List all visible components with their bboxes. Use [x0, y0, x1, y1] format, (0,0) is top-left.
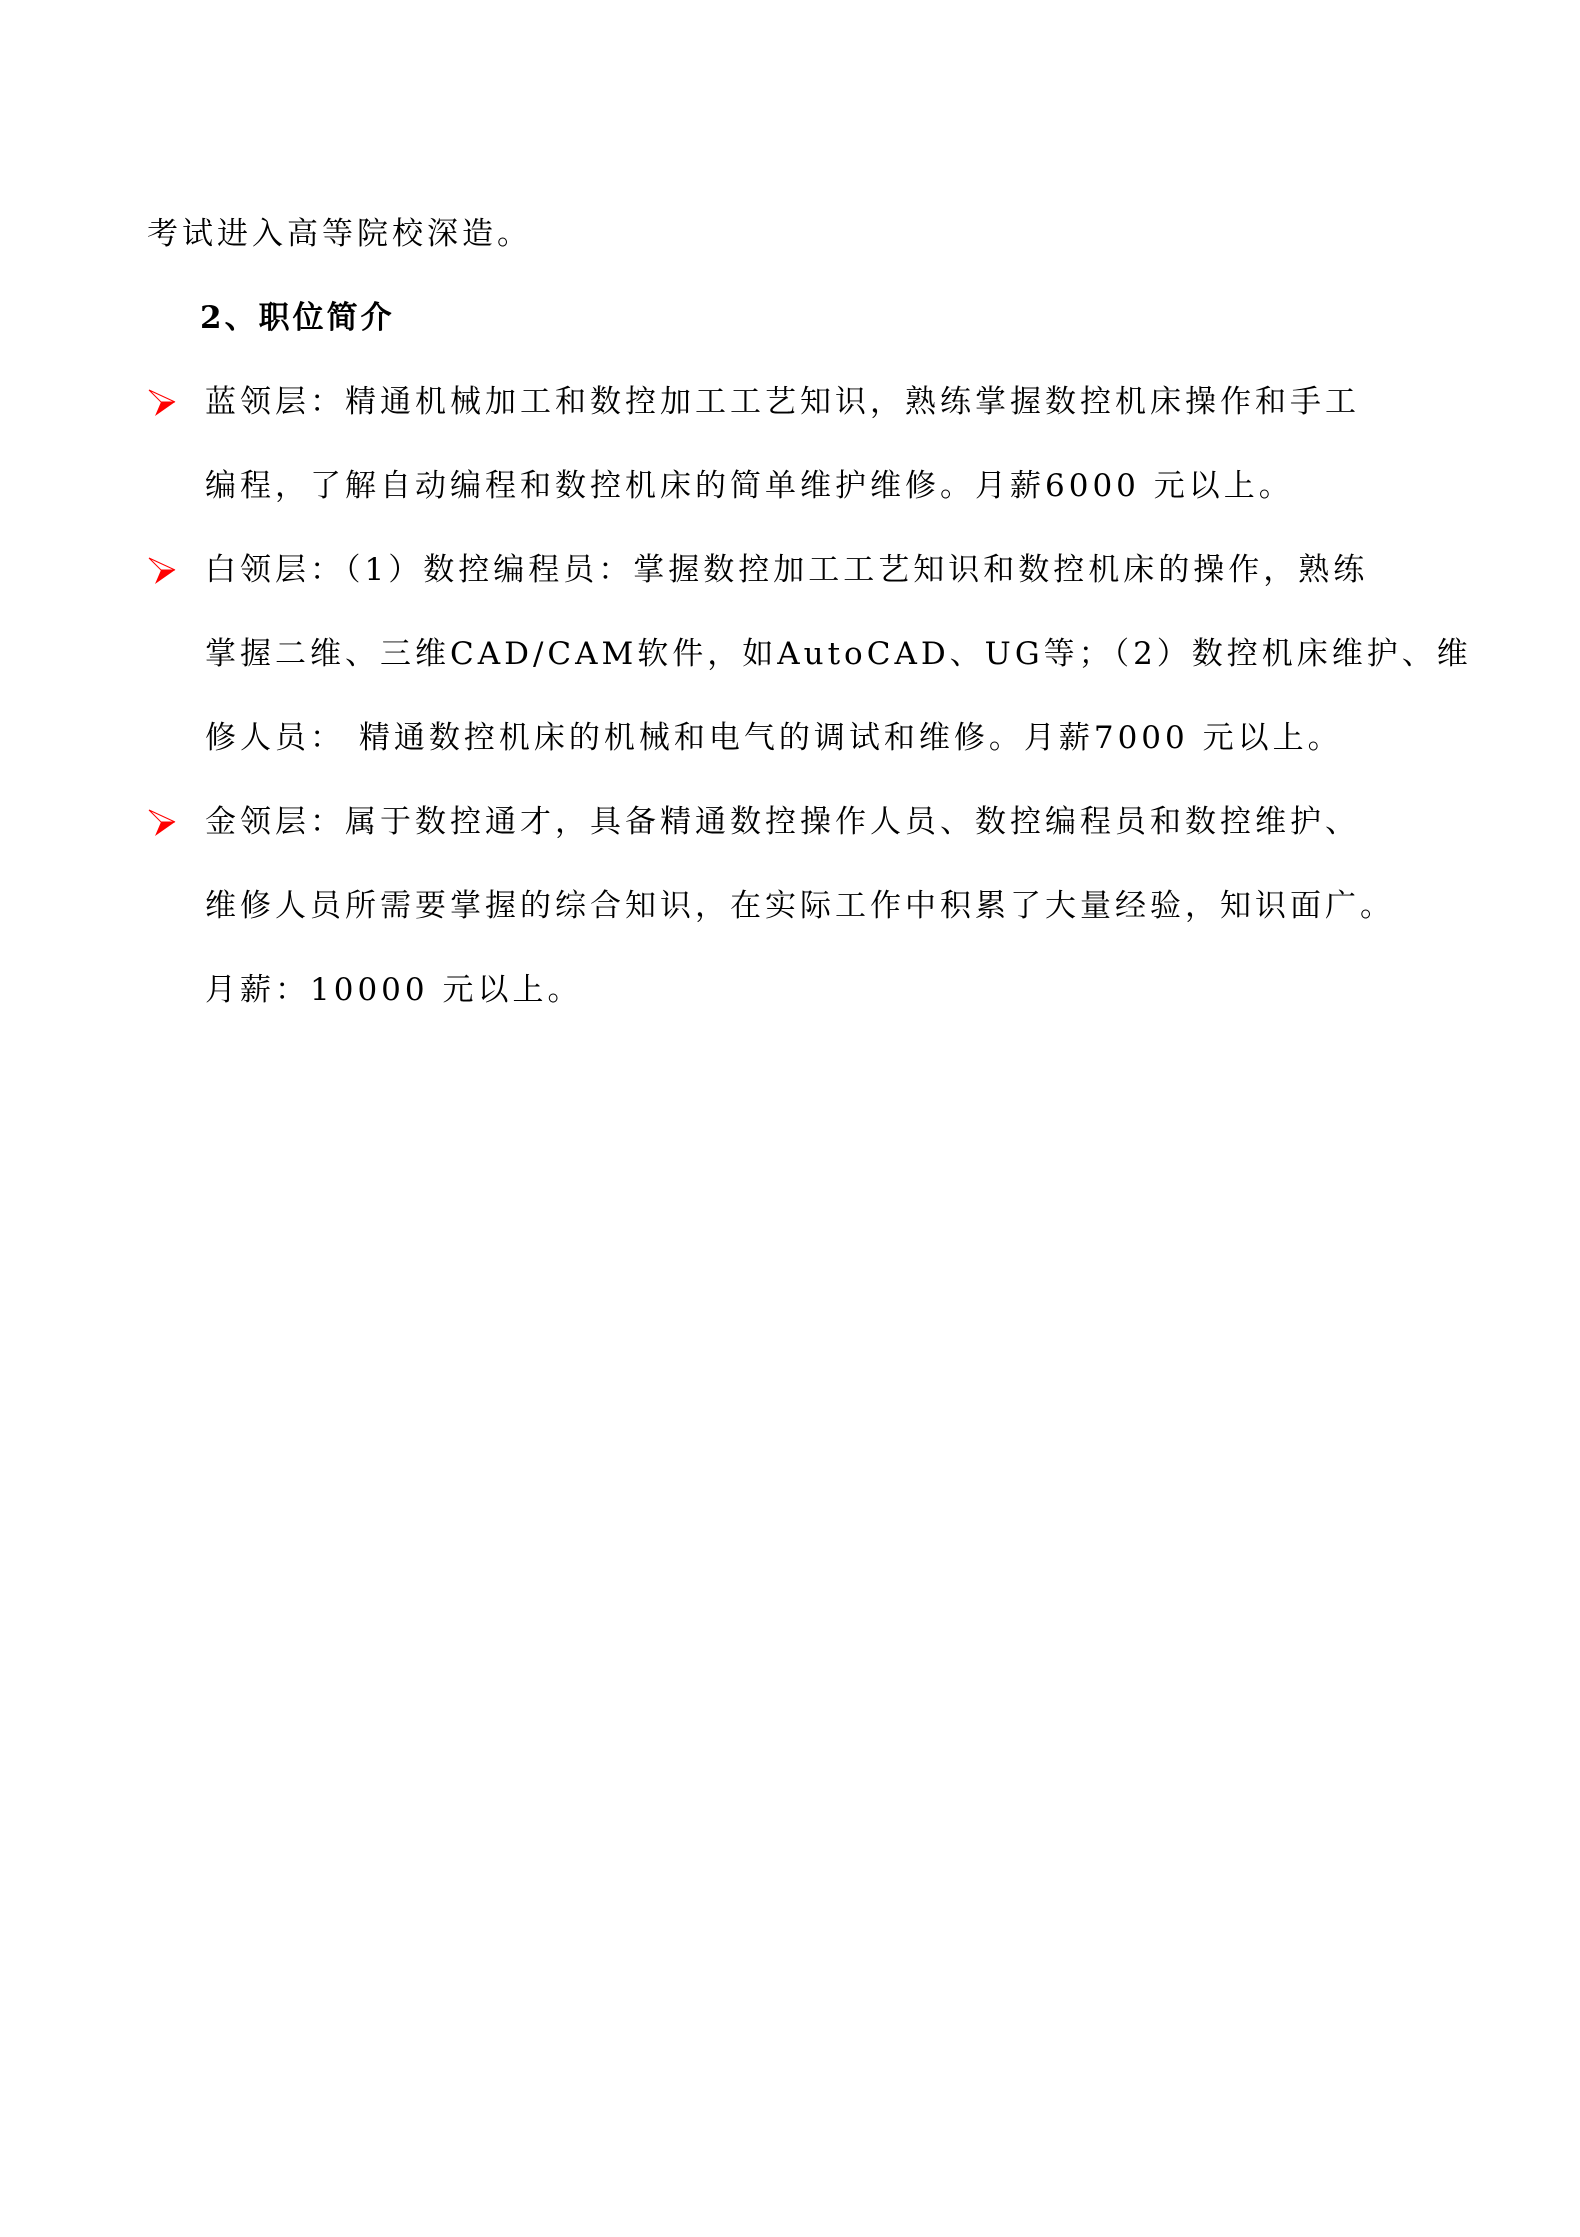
red-arrowhead-bullet-icon	[147, 808, 177, 838]
gold-collar-line-3: 月薪：10000 元以上。	[205, 970, 582, 1010]
white-collar-line-2: 掌握二维、三维CAD/CAM软件，如AutoCAD、UG等；（2）数控机床维护、…	[205, 634, 1472, 674]
red-arrowhead-bullet-icon	[147, 556, 177, 586]
blue-collar-line-1: 蓝领层：精通机械加工和数控加工工艺知识，熟练掌握数控机床操作和手工	[205, 382, 1360, 422]
white-collar-line-1: 白领层：（1）数控编程员：掌握数控加工工艺知识和数控机床的操作，熟练	[205, 550, 1368, 590]
continuation-paragraph: 考试进入高等院校深造。	[147, 214, 532, 254]
gold-collar-line-1: 金领层：属于数控通才，具备精通数控操作人员、数控编程员和数控维护、	[205, 802, 1360, 842]
gold-collar-line-2: 维修人员所需要掌握的综合知识，在实际工作中积累了大量经验，知识面广。	[205, 886, 1395, 926]
section-heading: 2、职位简介	[200, 298, 395, 338]
blue-collar-line-2: 编程，了解自动编程和数控机床的简单维护维修。月薪6000 元以上。	[205, 466, 1294, 506]
document-page: 考试进入高等院校深造。 2、职位简介 蓝领层：精通机械加工和数控加工工艺知识，熟…	[0, 0, 1580, 2237]
white-collar-line-3: 修人员： 精通数控机床的机械和电气的调试和维修。月薪7000 元以上。	[205, 718, 1343, 758]
red-arrowhead-bullet-icon	[147, 388, 177, 418]
